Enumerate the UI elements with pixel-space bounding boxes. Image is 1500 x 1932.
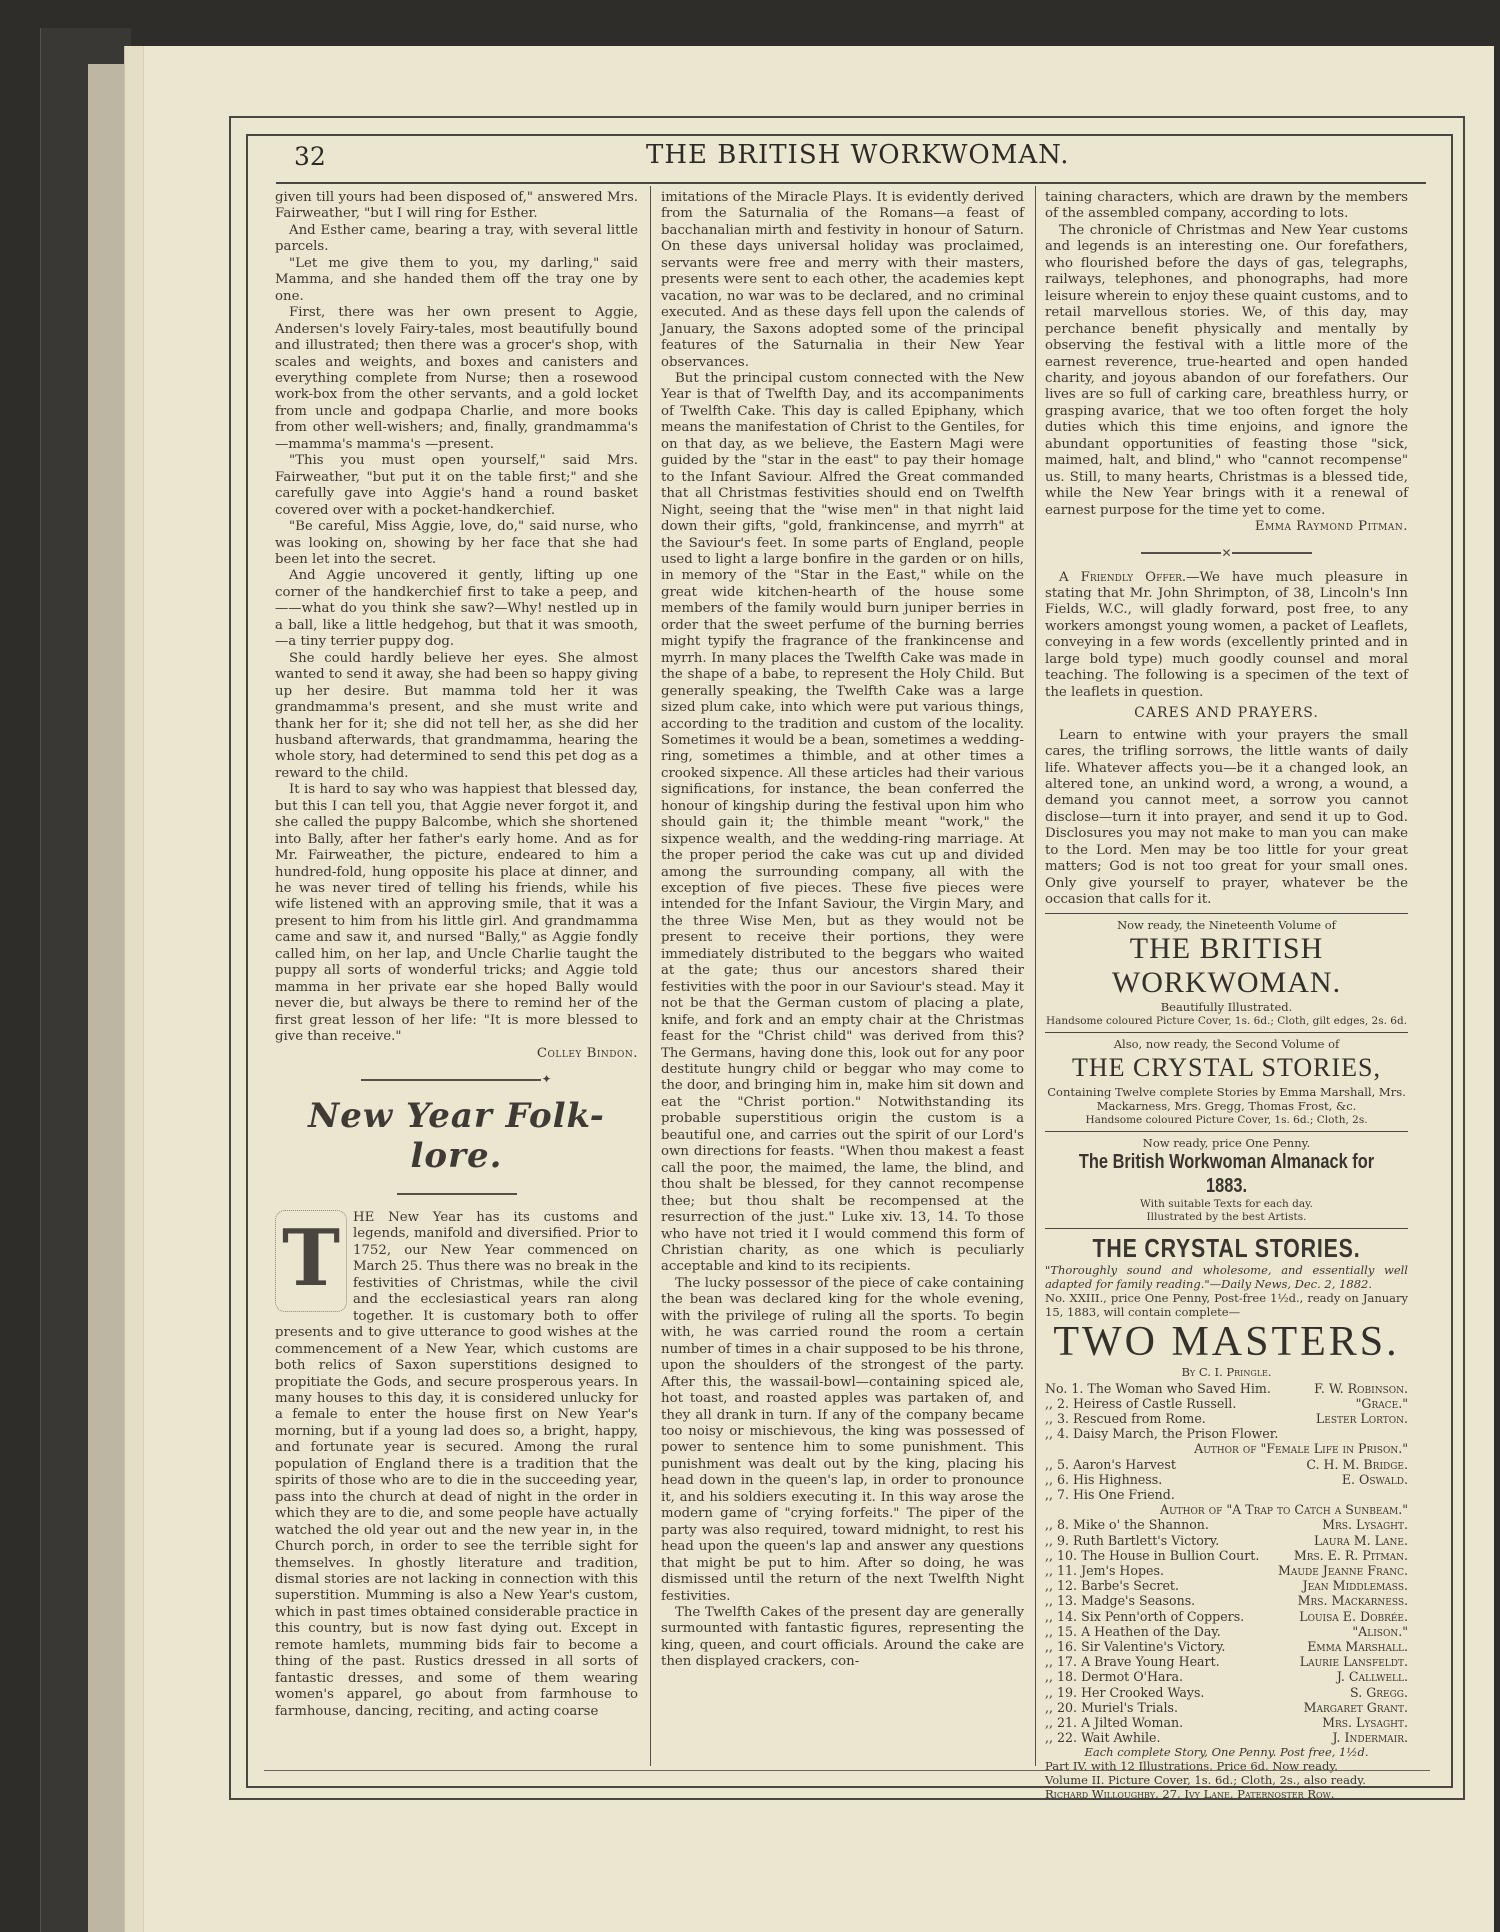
paragraph: The chronicle of Christmas and New Year … — [1045, 223, 1408, 519]
stories-title: THE CRYSTAL STORIES. — [1078, 1233, 1376, 1263]
list-item: ,, 8. Mike o' the Shannon.Mrs. Lysaght. — [1045, 1517, 1408, 1532]
paragraph: "This you must open yourself," said Mrs.… — [275, 453, 638, 519]
ad-rule — [1045, 1032, 1408, 1033]
article-signature: Emma Raymond Pitman. — [1045, 519, 1408, 535]
each-story-price: Each complete Story, One Penny. Post fre… — [1045, 1745, 1408, 1759]
volume-ii: Volume II. Picture Cover, 1s. 6d.; Cloth… — [1045, 1773, 1408, 1787]
volume-sub: Beautifully Illustrated. — [1045, 1000, 1408, 1014]
list-item: ,, 21. A Jilted Woman.Mrs. Lysaght. — [1045, 1715, 1408, 1730]
list-item: ,, 4. Daisy March, the Prison Flower. — [1045, 1426, 1408, 1441]
list-item: ,, 7. His One Friend. — [1045, 1487, 1408, 1502]
almanack-sub2: Illustrated by the best Artists. — [1045, 1211, 1408, 1224]
list-item: ,, 2. Heiress of Castle Russell."Grace." — [1045, 1396, 1408, 1411]
column-divider-1 — [650, 186, 651, 1766]
list-item: ,, 13. Madge's Seasons.Mrs. Mackarness. — [1045, 1593, 1408, 1608]
list-item: ,, 9. Ruth Bartlett's Victory.Laura M. L… — [1045, 1533, 1408, 1548]
ad-rule — [1045, 1228, 1408, 1229]
column-2: imitations of the Miracle Plays. It is e… — [661, 190, 1024, 1671]
ornament-divider-icon — [275, 1186, 638, 1200]
friendly-offer-text: —We have much pleasure in stating that M… — [1045, 570, 1408, 700]
list-item: ,, 6. His Highness.E. Oswald. — [1045, 1472, 1408, 1487]
paragraph: given till yours had been disposed of," … — [275, 190, 638, 223]
friendly-offer-lead: A Friendly Offer. — [1059, 570, 1186, 585]
stories-issue: No. XXIII., price One Penny, Post-free 1… — [1045, 1291, 1408, 1319]
volume-title: THE BRITISH WORKWOMAN. — [1045, 932, 1408, 1000]
volume-intro: Now ready, the Nineteenth Volume of — [1045, 918, 1408, 932]
paragraph: It is hard to say who was happiest that … — [275, 782, 638, 1045]
list-item: ,, 22. Wait Awhile.J. Indermair. — [1045, 1730, 1408, 1745]
ad-rule — [1045, 913, 1408, 914]
list-item: ,, 3. Rescued from Rome.Lester Lorton. — [1045, 1411, 1408, 1426]
list-item: ,, 18. Dermot O'Hara.J. Callwell. — [1045, 1669, 1408, 1684]
almanack-intro: Now ready, price One Penny. — [1045, 1136, 1408, 1150]
friendly-offer: A Friendly Offer.—We have much pleasure … — [1045, 570, 1408, 702]
list-item-author: Author of "Female Life in Prison." — [1045, 1441, 1408, 1456]
header-rule — [276, 182, 1426, 184]
list-item: ,, 12. Barbe's Secret.Jean Middlemass. — [1045, 1578, 1408, 1593]
page-number: 32 — [294, 142, 326, 171]
bottom-rule — [264, 1770, 1430, 1771]
paragraph: She could hardly believe her eyes. She a… — [275, 651, 638, 783]
volume-price: Handsome coloured Picture Cover, 1s. 6d.… — [1045, 1014, 1408, 1028]
cares-title: CARES AND PRAYERS. — [1045, 705, 1408, 721]
list-item: ,, 17. A Brave Young Heart.Laurie Lansfe… — [1045, 1654, 1408, 1669]
stories-quote: "Thoroughly sound and wholesome, and ess… — [1045, 1263, 1408, 1291]
list-item: ,, 11. Jem's Hopes.Maude Jeanne Franc. — [1045, 1563, 1408, 1578]
page-edge — [124, 46, 144, 1932]
article-title: New Year Folk-lore. — [275, 1096, 638, 1176]
paragraph: taining characters, which are drawn by t… — [1045, 190, 1408, 223]
column-1: given till yours had been disposed of," … — [275, 190, 638, 1720]
two-masters-title: TWO MASTERS. — [1045, 1319, 1408, 1365]
story-list: No. 1. The Woman who Saved Him.F. W. Rob… — [1045, 1381, 1408, 1746]
list-item: ,, 15. A Heathen of the Day."Alison." — [1045, 1624, 1408, 1639]
crystal-price: Handsome coloured Picture Cover, 1s. 6d.… — [1045, 1113, 1408, 1127]
page-header: 32 THE BRITISH WORKWOMAN. — [276, 140, 1426, 180]
paragraph: imitations of the Miracle Plays. It is e… — [661, 190, 1024, 371]
part-iv: Part IV. with 12 Illustrations. Price 6d… — [1045, 1759, 1408, 1773]
two-masters-author: By C. I. Pringle. — [1045, 1365, 1408, 1379]
cares-text: Learn to entwine with your prayers the s… — [1045, 728, 1408, 909]
story-signature: Colley Bindon. — [275, 1046, 638, 1062]
list-item: ,, 16. Sir Valentine's Victory.Emma Mars… — [1045, 1639, 1408, 1654]
crystal-title: THE CRYSTAL STORIES, — [1045, 1051, 1408, 1085]
ornament-divider-icon: ✦ — [275, 1072, 638, 1086]
list-item: ,, 20. Muriel's Trials.Margaret Grant. — [1045, 1700, 1408, 1715]
flyleaf — [88, 64, 128, 1932]
crystal-intro: Also, now ready, the Second Volume of — [1045, 1037, 1408, 1051]
list-item: ,, 5. Aaron's HarvestC. H. M. Bridge. — [1045, 1457, 1408, 1472]
paragraph: First, there was her own present to Aggi… — [275, 305, 638, 453]
column-divider-2 — [1035, 186, 1036, 1766]
paragraph: "Let me give them to you, my darling," s… — [275, 256, 638, 305]
ornament-divider-icon: ✕ — [1045, 546, 1408, 560]
list-item: ,, 10. The House in Bullion Court.Mrs. E… — [1045, 1548, 1408, 1563]
paragraph: The Twelfth Cakes of the present day are… — [661, 1605, 1024, 1671]
crystal-desc: Containing Twelve complete Stories by Em… — [1045, 1085, 1408, 1113]
paragraph: The lucky possessor of the piece of cake… — [661, 1276, 1024, 1605]
paragraph: And Esther came, bearing a tray, with se… — [275, 223, 638, 256]
publisher: Richard Willoughby, 27, Ivy Lane, Patern… — [1045, 1787, 1408, 1801]
almanack-title: The British Workwoman Almanack for 1883. — [1078, 1150, 1376, 1198]
list-item: ,, 14. Six Penn'orth of Coppers.Louisa E… — [1045, 1609, 1408, 1624]
running-title: THE BRITISH WORKWOMAN. — [646, 140, 1069, 170]
list-item-author: Author of "A Trap to Catch a Sunbeam." — [1045, 1502, 1408, 1517]
paragraph: "Be careful, Miss Aggie, love, do," said… — [275, 519, 638, 568]
list-item: No. 1. The Woman who Saved Him.F. W. Rob… — [1045, 1381, 1408, 1396]
column-3: taining characters, which are drawn by t… — [1045, 190, 1408, 1801]
list-item: ,, 19. Her Crooked Ways.S. Gregg. — [1045, 1685, 1408, 1700]
almanack-sub1: With suitable Texts for each day. — [1045, 1198, 1408, 1211]
paragraph: And Aggie uncovered it gently, lifting u… — [275, 568, 638, 650]
illuminated-dropcap-icon: T — [275, 1210, 347, 1312]
paragraph: But the principal custom connected with … — [661, 371, 1024, 1276]
ad-rule — [1045, 1131, 1408, 1132]
